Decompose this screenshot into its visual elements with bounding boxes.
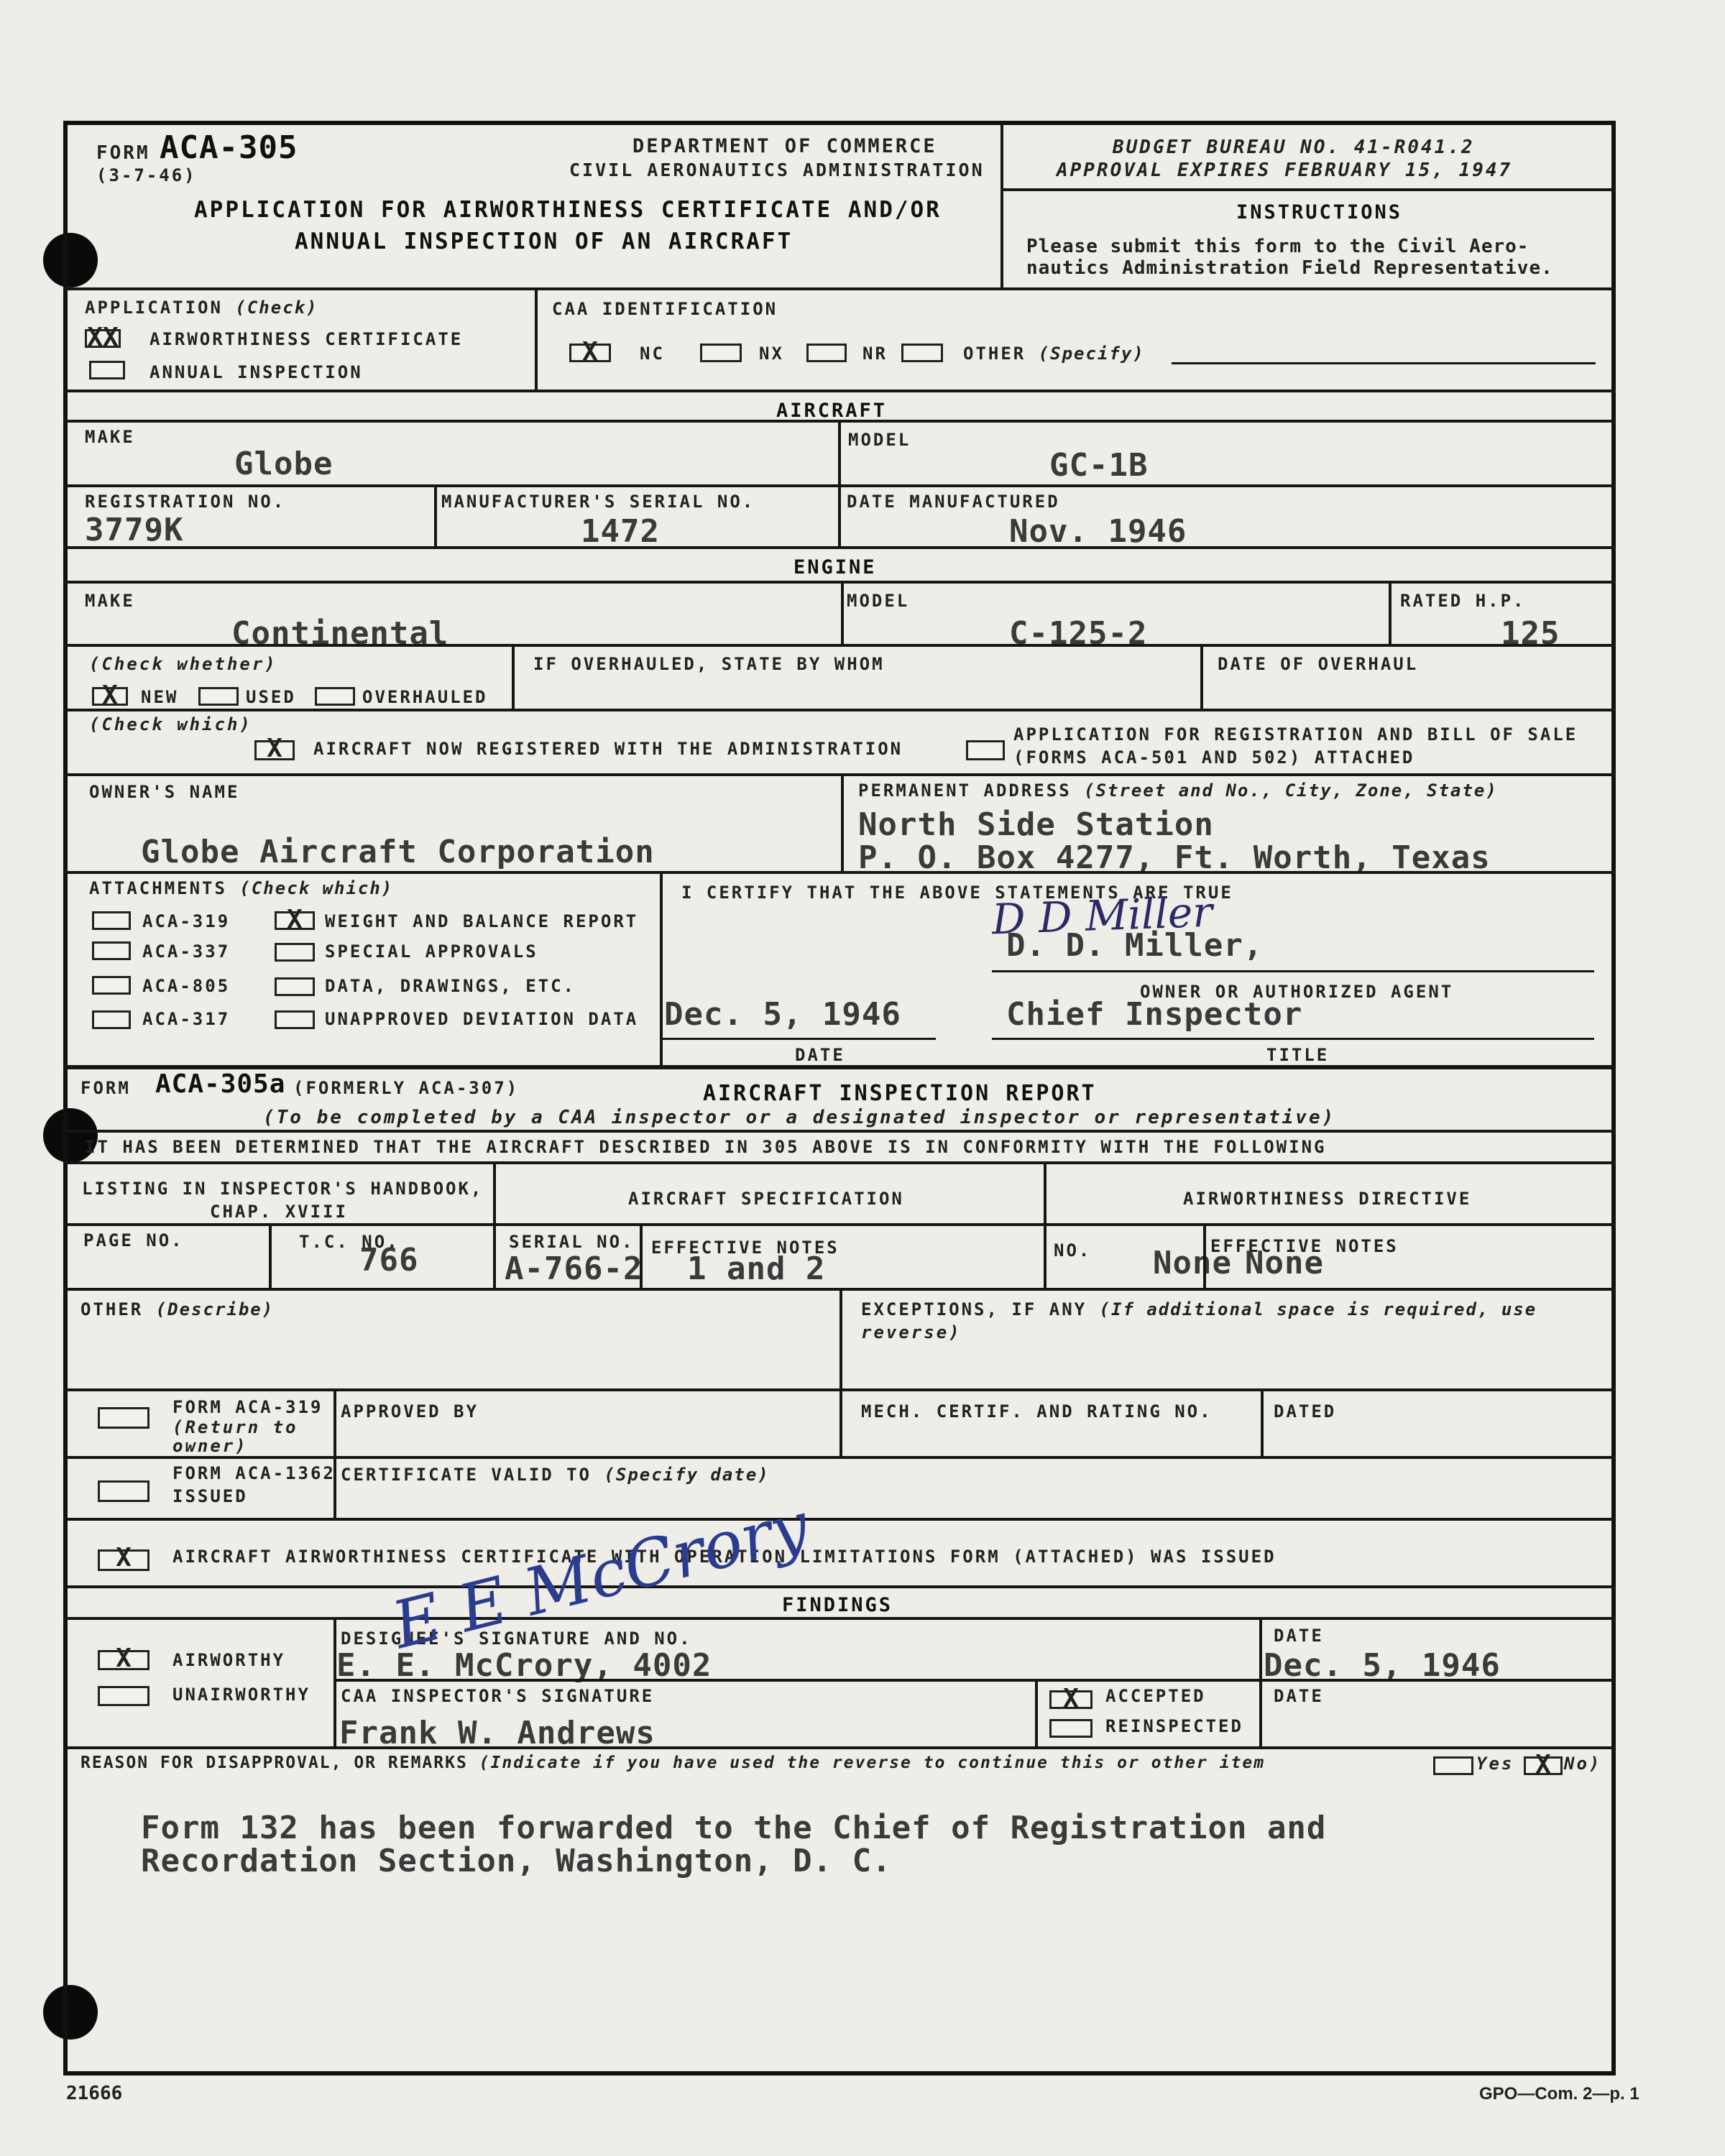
listing-label-line2: CHAP. XVIII	[210, 1202, 348, 1222]
attachments-label: ATTACHMENTS (Check which)	[89, 878, 393, 898]
engine-new-checkbox[interactable]: X	[92, 687, 128, 706]
application-registration-checkbox[interactable]	[966, 740, 1005, 760]
aircraft-make-value: Globe	[234, 446, 333, 482]
budget-bureau: BUDGET BUREAU NO. 41-R041.2	[1113, 137, 1475, 158]
date-manufactured-value: Nov. 1946	[1009, 513, 1187, 550]
date-manufactured-label: DATE MANUFACTURED	[847, 492, 1060, 512]
unairworthy-checkbox[interactable]	[98, 1686, 149, 1706]
aircraft-registered-label: AIRCRAFT NOW REGISTERED WITH THE ADMINIS…	[313, 739, 903, 759]
application-registration-line2: (FORMS ACA-501 AND 502) ATTACHED	[1013, 747, 1414, 768]
aircraft-model-value: GC-1B	[1049, 447, 1148, 484]
divider	[841, 581, 844, 645]
special-approvals-label: SPECIAL APPROVALS	[325, 941, 538, 962]
other-label: OTHER (Specify)	[963, 344, 1145, 364]
divider	[63, 1161, 1616, 1164]
divider	[63, 546, 1616, 549]
exceptions-label: EXCEPTIONS, IF ANY (If additional space …	[861, 1299, 1537, 1319]
inspection-report-title: AIRCRAFT INSPECTION REPORT	[703, 1081, 1097, 1106]
form-aca-319-line2: (Return to	[172, 1417, 298, 1437]
administration: CIVIL AERONAUTICS ADMINISTRATION	[569, 160, 985, 180]
aircraft-section-title: AIRCRAFT	[776, 400, 887, 422]
signer-name-value: D. D. Miller,	[1006, 927, 1263, 964]
divider	[333, 1388, 336, 1519]
divider	[63, 709, 1616, 711]
nr-checkbox[interactable]	[806, 344, 847, 362]
owner-name-label: OWNER'S NAME	[89, 782, 239, 802]
approved-by-label: APPROVED BY	[341, 1401, 479, 1422]
mech-certif-label: MECH. CERTIF. AND RATING NO.	[861, 1401, 1213, 1422]
aca-337-checkbox[interactable]	[92, 941, 131, 960]
aircraft-make-label: MAKE	[85, 427, 135, 447]
divider	[63, 773, 1616, 776]
remarks-yes-checkbox[interactable]	[1433, 1756, 1473, 1775]
divider	[1200, 644, 1203, 710]
weight-balance-label: WEIGHT AND BALANCE REPORT	[325, 911, 638, 931]
form-prefix: FORM	[96, 142, 150, 164]
nx-checkbox[interactable]	[700, 344, 742, 362]
operation-limitations-checkbox[interactable]: X	[98, 1549, 149, 1571]
form-aca-319-line1: FORM ACA-319	[172, 1397, 323, 1417]
remarks-no-label: No)	[1564, 1754, 1601, 1774]
divider	[63, 1388, 1616, 1391]
nc-label: NC	[640, 344, 665, 364]
aca-319-label: ACA-319	[142, 911, 230, 931]
aircraft-specification-label: AIRCRAFT SPECIFICATION	[628, 1189, 904, 1209]
remarks-yes-label: Yes	[1476, 1754, 1514, 1774]
divider	[1000, 121, 1003, 287]
serial-no-label: SERIAL NO.	[509, 1232, 635, 1252]
aircraft-registered-checkbox[interactable]: X	[254, 740, 295, 760]
form-title-line2: ANNUAL INSPECTION OF AN AIRCRAFT	[295, 229, 793, 254]
exceptions-hint-line2: reverse)	[861, 1322, 962, 1342]
aca-337-label: ACA-337	[142, 941, 230, 962]
certification-date-value: Dec. 5, 1946	[664, 996, 901, 1033]
aircraft-model-label: MODEL	[848, 430, 911, 450]
divider	[535, 287, 538, 390]
dated-label: DATED	[1274, 1401, 1336, 1422]
nc-checkbox[interactable]: X	[569, 344, 611, 362]
aca-805-label: ACA-805	[142, 976, 230, 996]
manufacturer-serial-value: 1472	[581, 513, 660, 550]
conformity-statement: IT HAS BEEN DETERMINED THAT THE AIRCRAFT…	[85, 1137, 1326, 1157]
divider	[841, 773, 844, 872]
divider	[1389, 581, 1391, 645]
listing-label-line1: LISTING IN INSPECTOR'S HANDBOOK,	[82, 1179, 483, 1199]
registration-value: 3779K	[85, 512, 183, 548]
engine-used-label: USED	[246, 687, 296, 707]
reinspected-checkbox[interactable]	[1049, 1719, 1092, 1738]
certification-title-value: Chief Inspector	[1006, 996, 1302, 1033]
divider	[512, 644, 515, 710]
unairworthy-label: UNAIRWORTHY	[172, 1685, 310, 1705]
divider	[269, 1223, 272, 1289]
divider	[663, 1038, 936, 1040]
accepted-label: ACCEPTED	[1105, 1686, 1206, 1706]
data-drawings-label: DATA, DRAWINGS, ETC.	[325, 976, 576, 996]
manufacturer-serial-label: MANUFACTURER'S SERIAL NO.	[441, 492, 755, 512]
divider	[63, 1585, 1616, 1588]
ad-effective-notes-value: None	[1245, 1245, 1324, 1281]
remarks-text-line1: Form 132 has been forwarded to the Chief…	[141, 1810, 1326, 1846]
form-aca-1362-checkbox[interactable]	[98, 1480, 149, 1502]
aca-317-label: ACA-317	[142, 1009, 230, 1029]
instructions-text-line2: nautics Administration Field Representat…	[1026, 257, 1553, 279]
engine-model-label: MODEL	[847, 591, 909, 611]
permanent-address-label: PERMANENT ADDRESS (Street and No., City,…	[858, 780, 1498, 801]
divider	[1259, 1617, 1262, 1748]
aca-805-checkbox[interactable]	[92, 976, 131, 995]
engine-overhauled-checkbox[interactable]	[315, 687, 355, 706]
serial-no-value: A-766-2	[505, 1250, 643, 1287]
document-page: FORM ACA-305 (3-7-46) DEPARTMENT OF COMM…	[0, 0, 1725, 2156]
caa-inspector-label: CAA INSPECTOR'S SIGNATURE	[341, 1686, 654, 1706]
divider	[434, 484, 437, 549]
findings-title: FINDINGS	[782, 1594, 893, 1616]
airworthy-label: AIRWORTHY	[172, 1650, 285, 1670]
divider	[63, 1130, 1616, 1133]
title-label: TITLE	[1266, 1045, 1329, 1065]
divider	[63, 644, 1616, 647]
findings-date2-label: DATE	[1274, 1686, 1324, 1706]
effective-notes-value: 1 and 2	[687, 1250, 825, 1287]
form-title-line1: APPLICATION FOR AIRWORTHINESS CERTIFICAT…	[194, 197, 942, 223]
divider	[63, 484, 1616, 487]
other-checkbox[interactable]	[901, 344, 943, 362]
page-no-label: PAGE NO.	[83, 1230, 184, 1250]
divider	[640, 1223, 643, 1289]
unapproved-deviation-label: UNAPPROVED DEVIATION DATA	[325, 1009, 638, 1029]
date-label: DATE	[795, 1045, 845, 1065]
instructions-title: INSTRUCTIONS	[1236, 201, 1402, 224]
rated-hp-label: RATED H.P.	[1400, 591, 1526, 611]
form-aca-319-line3: owner)	[172, 1436, 248, 1456]
data-drawings-checkbox[interactable]	[275, 977, 315, 996]
inspection-report-subtitle: (To be completed by a CAA inspector or a…	[263, 1107, 1335, 1128]
department: DEPARTMENT OF COMMERCE	[632, 135, 937, 157]
check-whether-label: (Check whether)	[89, 654, 277, 674]
formerly-label: (FORMERLY ACA-307)	[293, 1078, 519, 1098]
remarks-label: REASON FOR DISAPPROVAL, OR REMARKS (Indi…	[80, 1754, 1265, 1772]
divider	[1203, 1223, 1206, 1289]
address-line1-value: North Side Station	[858, 806, 1214, 843]
airworthiness-certificate-checkbox[interactable]: XX	[85, 329, 121, 348]
divider	[63, 1223, 1616, 1226]
form-aca-1362-line2: ISSUED	[172, 1486, 248, 1506]
remarks-no-checkbox[interactable]: X	[1524, 1756, 1563, 1775]
unapproved-deviation-checkbox[interactable]	[275, 1010, 315, 1029]
divider	[1261, 1388, 1264, 1457]
owner-name-value: Globe Aircraft Corporation	[141, 834, 655, 870]
other-describe-label: OTHER (Describe)	[80, 1299, 274, 1319]
nx-label: NX	[759, 344, 784, 364]
divider	[63, 287, 1616, 290]
divider	[63, 1746, 1616, 1749]
nr-label: NR	[862, 344, 888, 364]
footer-gpo: GPO—Com. 2—p. 1	[1479, 2084, 1639, 2104]
tc-no-value: 766	[359, 1242, 418, 1279]
aca-319-checkbox[interactable]	[92, 911, 131, 930]
accepted-checkbox[interactable]: X	[1049, 1690, 1092, 1709]
aca-317-checkbox[interactable]	[92, 1010, 131, 1029]
approval-expires: APPROVAL EXPIRES FEBRUARY 15, 1947	[1057, 160, 1512, 181]
ad-no-label: NO.	[1054, 1240, 1091, 1261]
weight-balance-checkbox[interactable]: X	[275, 911, 315, 930]
inspection-form-prefix: FORM	[80, 1078, 131, 1098]
divider	[992, 970, 1594, 972]
divider	[63, 581, 1616, 584]
airworthiness-directive-label: AIRWORTHINESS DIRECTIVE	[1183, 1189, 1471, 1209]
divider	[63, 1065, 1616, 1069]
divider	[63, 390, 1616, 392]
divider	[1035, 1679, 1038, 1748]
divider	[992, 1038, 1594, 1040]
engine-overhauled-label: OVERHAULED	[362, 687, 488, 707]
annual-inspection-checkbox[interactable]	[89, 361, 125, 379]
form-number: ACA-305	[160, 129, 298, 166]
form-aca-1362-line1: FORM ACA-1362	[172, 1463, 336, 1483]
airworthy-checkbox[interactable]: X	[98, 1650, 149, 1670]
application-label: APPLICATION (Check)	[85, 298, 318, 318]
divider	[63, 1456, 1616, 1459]
inspection-form-number: ACA-305a	[155, 1069, 285, 1099]
divider	[839, 1288, 842, 1457]
divider	[63, 1518, 1616, 1521]
annual-inspection-label: ANNUAL INSPECTION	[149, 362, 363, 382]
divider	[333, 1679, 1616, 1682]
divider	[63, 871, 1616, 874]
special-approvals-checkbox[interactable]	[275, 943, 315, 962]
engine-make-label: MAKE	[85, 591, 135, 611]
findings-date-label: DATE	[1274, 1626, 1324, 1646]
engine-section-title: ENGINE	[793, 556, 877, 579]
form-aca-319-checkbox[interactable]	[98, 1407, 149, 1429]
reinspected-label: REINSPECTED	[1105, 1716, 1243, 1736]
footer-form-code: 21666	[66, 2083, 122, 2104]
divider	[1003, 188, 1616, 191]
overhauled-by-label: IF OVERHAULED, STATE BY WHOM	[533, 654, 885, 674]
airworthiness-certificate-label: AIRWORTHINESS CERTIFICATE	[149, 329, 463, 349]
other-specify-line[interactable]	[1172, 362, 1596, 364]
check-which-label: (Check which)	[89, 714, 252, 734]
divider	[63, 1617, 1616, 1620]
form-date: (3-7-46)	[96, 165, 197, 185]
registration-label: REGISTRATION NO.	[85, 492, 285, 512]
remarks-text-line2: Recordation Section, Washington, D. C.	[141, 1843, 892, 1879]
engine-used-checkbox[interactable]	[198, 687, 239, 706]
engine-new-label: NEW	[141, 687, 178, 707]
caa-identification-label: CAA IDENTIFICATION	[552, 299, 778, 319]
certificate-valid-to-label: CERTIFICATE VALID TO (Specify date)	[341, 1465, 770, 1485]
instructions-text-line1: Please submit this form to the Civil Aer…	[1026, 236, 1529, 257]
application-registration-line1: APPLICATION FOR REGISTRATION AND BILL OF…	[1013, 724, 1578, 745]
date-of-overhaul-label: DATE OF OVERHAUL	[1218, 654, 1418, 674]
